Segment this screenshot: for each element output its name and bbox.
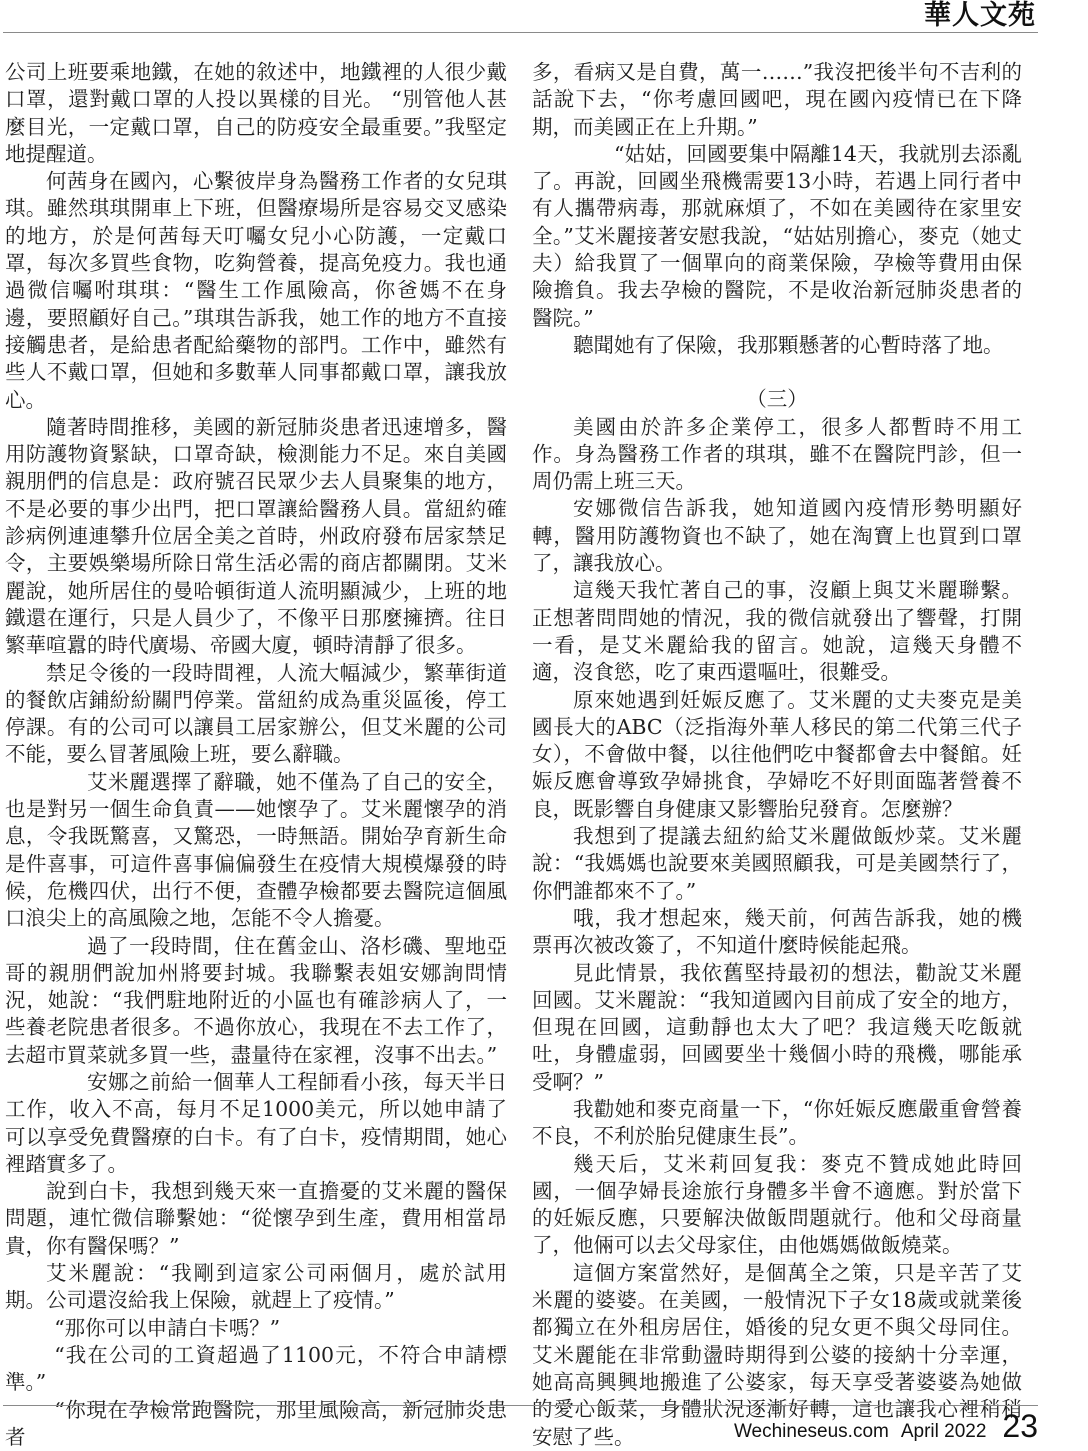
footer-site: Wechineseus.com: [734, 1421, 889, 1443]
paragraph: 說到白卡，我想到幾天來一直擔憂的艾米麗的醫保問題，連忙微信聯繫她：“從懷孕到生產…: [5, 1178, 507, 1260]
paragraph: “姑姑，回國要集中隔離14天，我就別去添亂了。再說，回國坐飛機需要13小時，若遇…: [532, 141, 1022, 332]
paragraph: 隨著時間推移，美國的新冠肺炎患者迅速增多，醫用防護物資緊缺，口罩奇缺，檢測能力不…: [5, 414, 507, 660]
paragraph: 何茜身在國內，心繫彼岸身為醫務工作者的女兒琪琪。雖然琪琪開車上下班，但醫療場所是…: [5, 168, 507, 414]
paragraph: 哦，我才想起來，幾天前，何茜告訴我，她的機票再次被改簽了，不知道什麼時候能起飛。: [532, 905, 1022, 960]
paragraph: 多，看病又是自費，萬一……”我沒把後半句不吉利的話說下去，“你考慮回國吧，現在國…: [532, 59, 1022, 141]
paragraph: 這幾天我忙著自己的事，沒顧上與艾米麗聯繫。正想著問問她的情況，我的微信就發出了響…: [532, 577, 1022, 686]
paragraph: 幾天后，艾米莉回复我：麥克不贊成她此時回國，一個孕婦長途旅行身體多半會不適應。對…: [532, 1151, 1022, 1260]
paragraph: 安娜之前給一個華人工程師看小孩，每天半日工作，收入不高，每月不足1000美元，所…: [5, 1069, 507, 1178]
paragraph: 我勸她和麥克商量一下，“你妊娠反應嚴重會營養不良，不利於胎兒健康生長”。: [532, 1096, 1022, 1151]
article-column-right: 多，看病又是自費，萬一……”我沒把後半句不吉利的話說下去，“你考慮回國吧，現在國…: [532, 59, 1022, 1451]
paragraph: 過了一段時間，住在舊金山、洛杉磯、聖地亞哥的親朋們說加州將要封城。我聯繫表姐安娜…: [5, 933, 507, 1069]
paragraph: 我想到了提議去紐約給艾米麗做飯炒菜。艾米麗說：“我媽媽也說要來美國照顧我，可是美…: [532, 823, 1022, 905]
paragraph: 聽聞她有了保險，我那顆懸著的心暫時落了地。: [532, 332, 1022, 359]
page-number: 23: [1002, 1408, 1038, 1445]
paragraph: 原來她遇到妊娠反應了。艾米麗的丈夫麥克是美國長大的ABC（泛指海外華人移民的第二…: [532, 687, 1022, 823]
page-footer: Wechineseus.com April 2022 23: [734, 1408, 1038, 1445]
section-title: 華人文苑: [924, 0, 1036, 32]
section-heading: （三）: [532, 386, 1022, 413]
paragraph: 禁足令後的一段時間裡，人流大幅減少，繁華街道的餐飲店鋪紛紛關門停業。當紐約成為重…: [5, 660, 507, 769]
paragraph: 安娜微信告訴我，她知道國內疫情形勢明顯好轉，醫用防護物資也不缺了，她在淘寶上也買…: [532, 495, 1022, 577]
article-column-left: 公司上班要乘地鐵，在她的敘述中，地鐵裡的人很少戴口罩，還對戴口罩的人投以異樣的目…: [5, 59, 507, 1451]
paragraph: “我在公司的工資超過了1100元，不符合申請標準。”: [5, 1342, 507, 1397]
paragraph: 艾米麗選擇了辭職，她不僅為了自己的安全，也是對另一個生命負責——她懷孕了。艾米麗…: [5, 769, 507, 933]
footer-rule: [3, 1405, 1038, 1406]
paragraph: “那你可以申請白卡嗎？”: [5, 1315, 507, 1342]
header-rule: [3, 32, 1038, 33]
footer-issue: April 2022: [901, 1421, 987, 1443]
paragraph: 公司上班要乘地鐵，在她的敘述中，地鐵裡的人很少戴口罩，還對戴口罩的人投以異樣的目…: [5, 59, 507, 168]
paragraph: 見此情景，我依舊堅持最初的想法，勸說艾米麗回國。艾米麗說：“我知道國內目前成了安…: [532, 960, 1022, 1096]
paragraph: 美國由於許多企業停工，很多人都暫時不用工作。身為醫務工作者的琪琪，雖不在醫院門診…: [532, 414, 1022, 496]
paragraph: 艾米麗說：“我剛到這家公司兩個月，處於試用期。公司還沒給我上保險，就趕上了疫情。…: [5, 1260, 507, 1315]
